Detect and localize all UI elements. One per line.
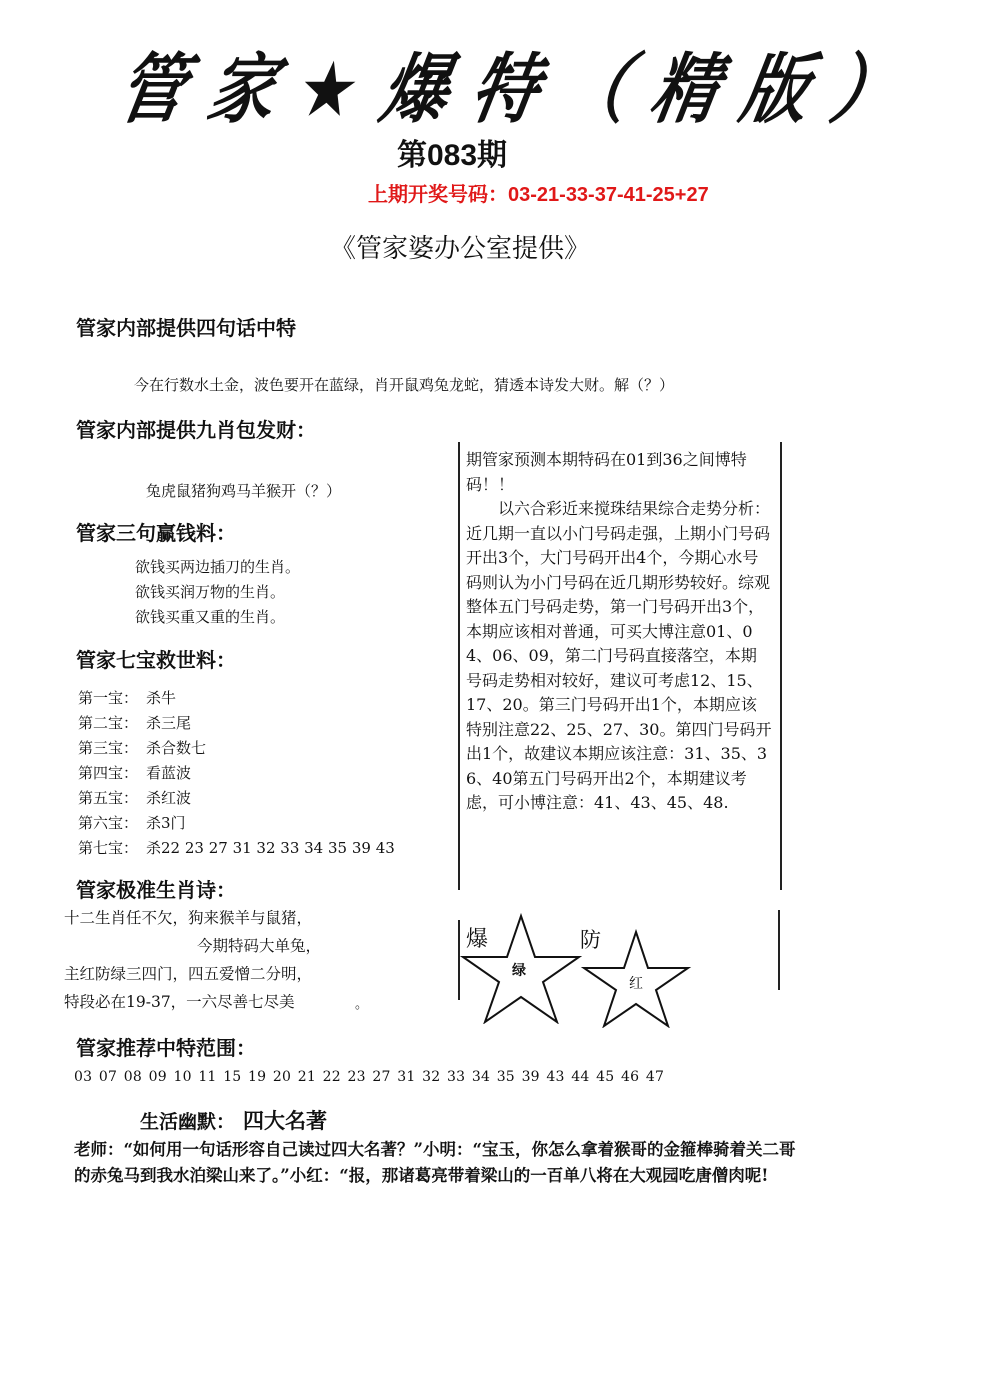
treasure-item: 第三宝：杀合数七 xyxy=(78,737,206,758)
treasure-item: 第七宝：杀22 23 27 31 32 33 34 35 39 43 xyxy=(78,837,395,858)
recommended-range-heading: 管家推荐中特范围： xyxy=(76,1032,256,1061)
title-char: 家 xyxy=(201,45,289,134)
humor-title: 生活幽默：四大名著 xyxy=(140,1105,327,1135)
poem-line: 今期特码大单兔， xyxy=(197,934,321,959)
previous-draw-numbers: 03-21-33-37-41-25+27 xyxy=(508,184,709,206)
treasure-item: 第四宝：看蓝波 xyxy=(78,762,191,783)
treasure-label: 第一宝： xyxy=(78,687,146,708)
treasure-item: 第六宝：杀3门 xyxy=(78,812,186,833)
poem-line: 十二生肖任不欠，狗来猴羊与鼠猪， xyxy=(64,906,312,931)
issue-number: 第083期 xyxy=(397,130,507,174)
treasure-value: 杀牛 xyxy=(146,689,176,707)
title-char: 特 xyxy=(465,45,553,134)
explode-color: 绿 xyxy=(512,960,526,980)
treasure-label: 第二宝： xyxy=(78,712,146,733)
provider: 《管家婆办公室提供》 xyxy=(330,228,590,265)
treasure-value: 杀红波 xyxy=(146,789,191,807)
title-char: 爆 xyxy=(375,45,463,134)
treasure-item: 第五宝：杀红波 xyxy=(78,787,191,808)
four-sentences-heading: 管家内部提供四句话中特 xyxy=(76,312,296,341)
seven-treasures-heading: 管家七宝救世料： xyxy=(76,644,236,673)
humor-line: 的赤兔马到我水泊梁山来了。”小红：“报，那诸葛亮带着梁山的一百单八将在大观园吃唐… xyxy=(74,1162,768,1186)
zodiac-poem-heading: 管家极准生肖诗： xyxy=(76,874,236,903)
nine-zodiac-heading: 管家内部提供九肖包发财： xyxy=(76,414,316,443)
treasure-label: 第五宝： xyxy=(78,787,146,808)
nine-zodiac-text: 兔虎鼠猪狗鸡马羊猴开（？） xyxy=(146,480,341,501)
poem-line: 特段必在19-37，一六尽善七尽美 xyxy=(64,990,295,1015)
recommended-range-numbers: 03 07 08 09 10 11 15 19 20 21 22 23 27 3… xyxy=(74,1069,664,1085)
color-stars: 爆 绿 防 红 xyxy=(458,910,780,1025)
analysis-headline: 期管家预测本期特码在01到36之间博特码！！ xyxy=(466,448,772,497)
title-char: 管 xyxy=(111,45,199,134)
humor-label: 生活幽默： xyxy=(140,1111,235,1133)
treasure-item: 第一宝：杀牛 xyxy=(78,687,176,708)
title-char: 版 xyxy=(735,45,823,134)
analysis-text: 期管家预测本期特码在01到36之间博特码！！ 以六合彩近来搅珠结果综合走势分析：… xyxy=(466,448,772,816)
divider xyxy=(778,910,780,990)
three-sentences-line: 欲钱买润万物的生肖。 xyxy=(135,580,285,605)
three-sentences-heading: 管家三句赢钱料： xyxy=(76,517,236,546)
treasure-value: 看蓝波 xyxy=(146,764,191,782)
poem-trailing-mark: 。 xyxy=(355,992,368,1017)
treasure-label: 第六宝： xyxy=(78,812,146,833)
four-sentences-text: 今在行数水土金，波色要开在蓝绿，肖开鼠鸡兔龙蛇，猜透本诗发大财。解（？） xyxy=(134,374,674,395)
treasure-label: 第四宝： xyxy=(78,762,146,783)
humor-topic: 四大名著 xyxy=(243,1109,327,1133)
title-char: （ xyxy=(555,45,643,134)
treasure-value: 杀合数七 xyxy=(146,739,206,757)
title-char: ） xyxy=(825,45,913,134)
title-char: 精 xyxy=(645,45,733,134)
guard-color: 红 xyxy=(629,973,643,993)
treasure-value: 杀3门 xyxy=(146,814,186,832)
treasure-label: 第三宝： xyxy=(78,737,146,758)
treasure-value: 杀22 23 27 31 32 33 34 35 39 43 xyxy=(146,839,395,857)
treasure-value: 杀三尾 xyxy=(146,714,191,732)
treasure-item: 第二宝：杀三尾 xyxy=(78,712,191,733)
poem-line: 主红防绿三四门，四五爱憎二分明， xyxy=(64,962,312,987)
three-sentences-line: 欲钱买两边插刀的生肖。 xyxy=(135,555,300,580)
previous-draw-label: 上期开奖号码： xyxy=(368,184,508,206)
humor-line: 老师：“如何用一句话形容自己读过四大名著？”小明：“宝玉，你怎么拿着猴哥的金箍棒… xyxy=(74,1136,795,1160)
analysis-paragraph: 以六合彩近来搅珠结果综合走势分析：近几期一直以小门号码走强，上期小门号码开出3个… xyxy=(466,497,772,816)
star-icon: ★ xyxy=(291,45,372,134)
previous-draw: 上期开奖号码：03-21-33-37-41-25+27 xyxy=(368,178,709,207)
treasure-label: 第七宝： xyxy=(78,837,146,858)
main-title: 管家★爆特（精版） xyxy=(111,28,933,137)
three-sentences-line: 欲钱买重又重的生肖。 xyxy=(135,605,285,630)
